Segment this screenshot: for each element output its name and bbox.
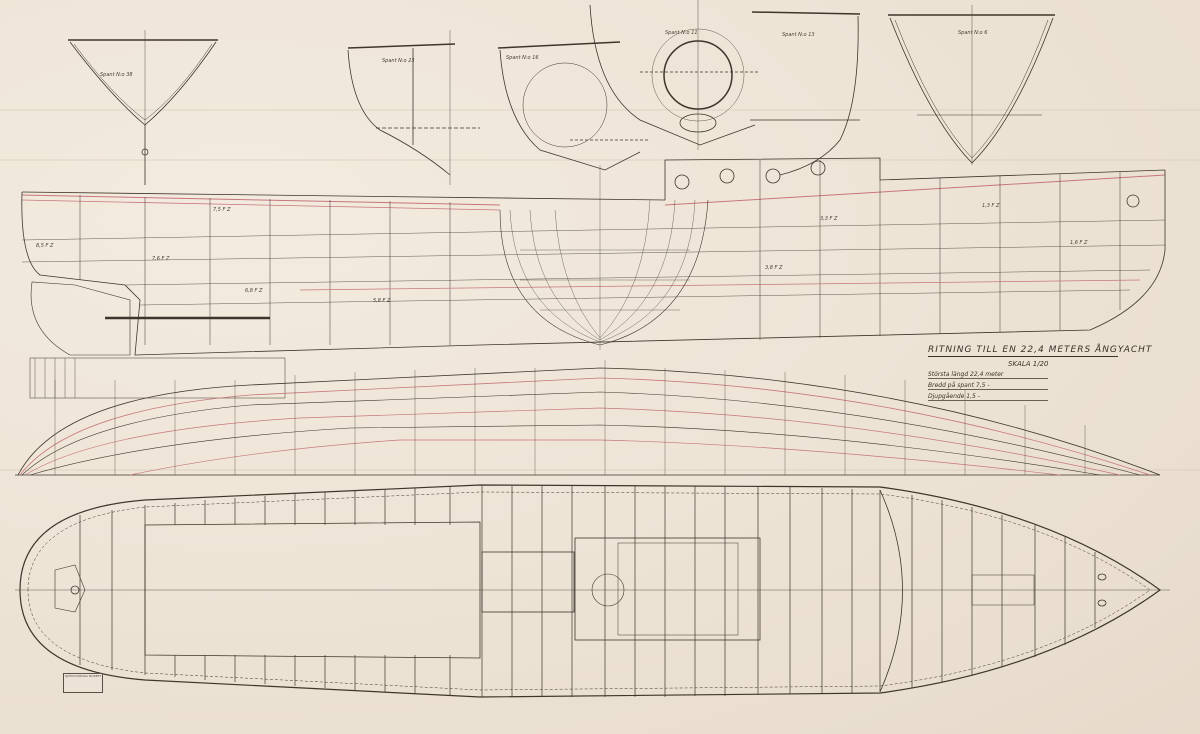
drawing-scale: SKALA 1/20	[1008, 360, 1118, 368]
deck-plan-view	[15, 485, 1170, 697]
section-label: Spant N:o 6	[958, 30, 987, 36]
section-spant-23	[348, 30, 480, 185]
profile-label: 3,3 F Z	[820, 216, 837, 222]
section-label: Spant N:o 16	[506, 55, 539, 61]
profile-label: 7,6 F Z	[152, 256, 169, 262]
dimension-draught: Djupgående 1,5 -	[928, 393, 1048, 401]
section-label: Spant N:o 11	[665, 30, 698, 36]
dimension-length: Största längd 22,4 meter	[928, 371, 1048, 379]
section-spant-6	[888, 5, 1055, 165]
section-label: Spant N:o 38	[100, 72, 133, 78]
section-spant-38	[68, 30, 218, 185]
section-label: Spant N:o 23	[382, 58, 415, 64]
archive-stamp: SJÖHISTORISKA MUSEET	[63, 673, 103, 693]
profile-label: 1,6 F Z	[1070, 240, 1087, 246]
section-label: Spant N:o 13	[782, 32, 815, 38]
title-block: RITNING TILL EN 22,4 METERS ÅNGYACHT SKA…	[928, 345, 1118, 401]
drawing-title: RITNING TILL EN 22,4 METERS ÅNGYACHT	[928, 345, 1118, 357]
profile-label: 1,3 F Z	[982, 203, 999, 209]
section-spant-11	[590, 0, 760, 150]
dimension-beam: Bredd på spant 7,5 -	[928, 382, 1048, 390]
profile-label: 5,8 F Z	[373, 298, 390, 304]
profile-label: 6,8 F Z	[245, 288, 262, 294]
section-spant-16	[498, 42, 650, 170]
profile-view	[22, 158, 1165, 355]
profile-label: 7,5 F Z	[213, 207, 230, 213]
drawing-sheet: Spant N:o 38 Spant N:o 23 Spant N:o 16 S…	[0, 0, 1200, 734]
profile-label: 3,8 F Z	[765, 265, 782, 271]
profile-label: 8,5 F Z	[36, 243, 53, 249]
